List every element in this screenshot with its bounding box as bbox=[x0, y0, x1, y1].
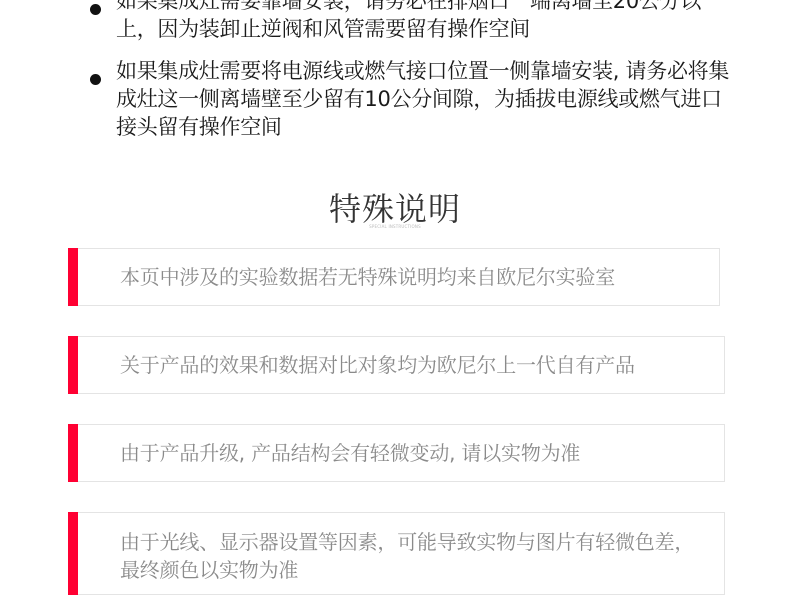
special-note-text: 本页中涉及的实验数据若无特殊说明均来自欧尼尔实验室 bbox=[120, 263, 699, 291]
install-note-item: 如果集成灶需要靠墙安装，请务必在排烟口一端离墙至20公分以上，因为装卸止逆阀和风… bbox=[116, 0, 736, 43]
special-note-card: 本页中涉及的实验数据若无特殊说明均来自欧尼尔实验室 bbox=[68, 248, 720, 306]
special-note-text: 由于光线、显示器设置等因素，可能导致实物与图片有轻微色差，最终颜色以实物为准 bbox=[120, 528, 704, 584]
accent-bar bbox=[68, 424, 78, 482]
bullet-dot-icon bbox=[90, 4, 101, 15]
section-subtitle: SPECIAL INSTRUCTIONS bbox=[0, 224, 790, 229]
accent-bar bbox=[68, 336, 78, 394]
install-note-text: 如果集成灶需要靠墙安装，请务必在排烟口一端离墙至20公分以上，因为装卸止逆阀和风… bbox=[116, 0, 701, 41]
bullet-dot-icon bbox=[90, 74, 101, 85]
special-note-card: 由于产品升级, 产品结构会有轻微变动, 请以实物为准 bbox=[68, 424, 725, 482]
install-note-item: 如果集成灶需要将电源线或燃气接口位置一侧靠墙安装, 请务必将集成灶这一侧离墙壁至… bbox=[116, 57, 736, 141]
special-note-text: 由于产品升级, 产品结构会有轻微变动, 请以实物为准 bbox=[120, 439, 704, 467]
accent-bar bbox=[68, 512, 78, 595]
install-note-text: 如果集成灶需要将电源线或燃气接口位置一侧靠墙安装, 请务必将集成灶这一侧离墙壁至… bbox=[116, 59, 729, 139]
special-note-card: 由于光线、显示器设置等因素，可能导致实物与图片有轻微色差，最终颜色以实物为准 bbox=[68, 512, 725, 595]
special-note-text: 关于产品的效果和数据对比对象均为欧尼尔上一代自有产品 bbox=[120, 351, 704, 379]
accent-bar bbox=[68, 248, 78, 306]
special-note-card: 关于产品的效果和数据对比对象均为欧尼尔上一代自有产品 bbox=[68, 336, 725, 394]
